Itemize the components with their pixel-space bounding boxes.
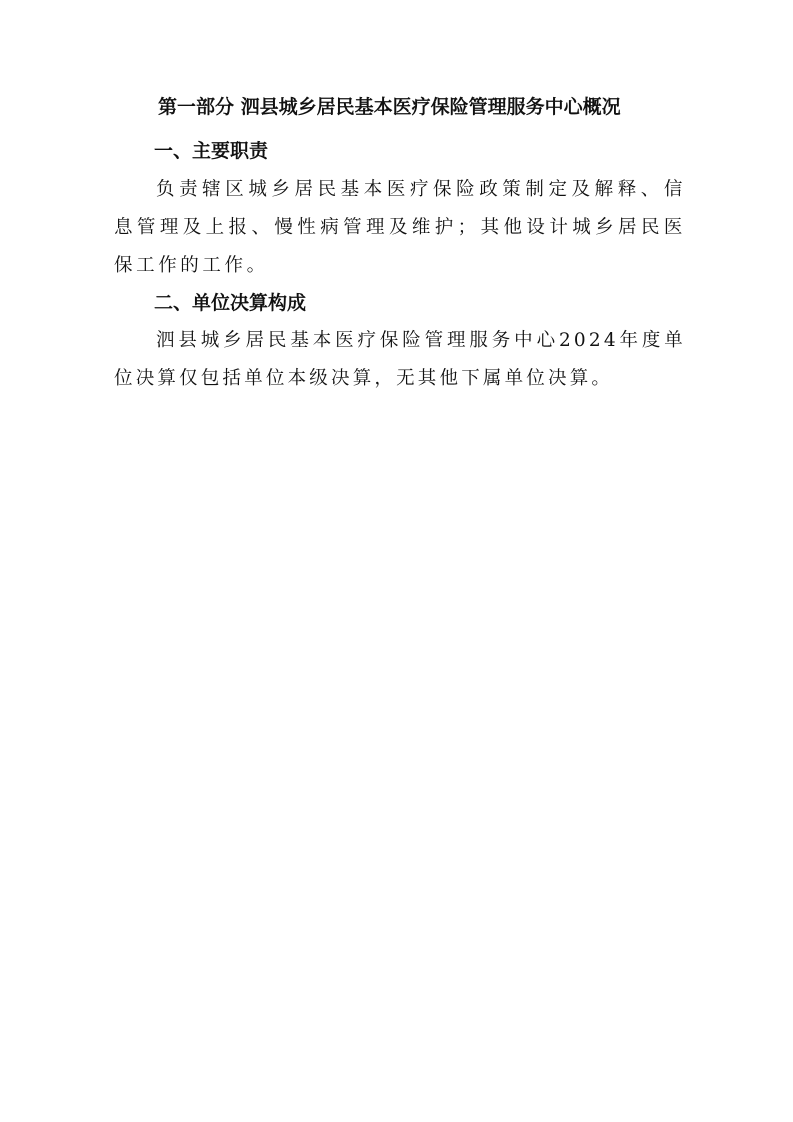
- section-heading-main-duties: 一、主要职责: [154, 137, 268, 165]
- section-body-main-duties: 负责辖区城乡居民基本医疗保险政策制定及解释、信息管理及上报、慢性病管理及维护；其…: [114, 171, 686, 285]
- page-title: 第一部分 泗县城乡居民基本医疗保险管理服务中心概况: [158, 93, 718, 121]
- section-heading-unit-composition: 二、单位决算构成: [154, 289, 306, 317]
- section-body-unit-composition: 泗县城乡居民基本医疗保险管理服务中心2024年度单位决算仅包括单位本级决算，无其…: [114, 322, 686, 398]
- document-page: 第一部分 泗县城乡居民基本医疗保险管理服务中心概况 一、主要职责 负责辖区城乡居…: [0, 0, 793, 1122]
